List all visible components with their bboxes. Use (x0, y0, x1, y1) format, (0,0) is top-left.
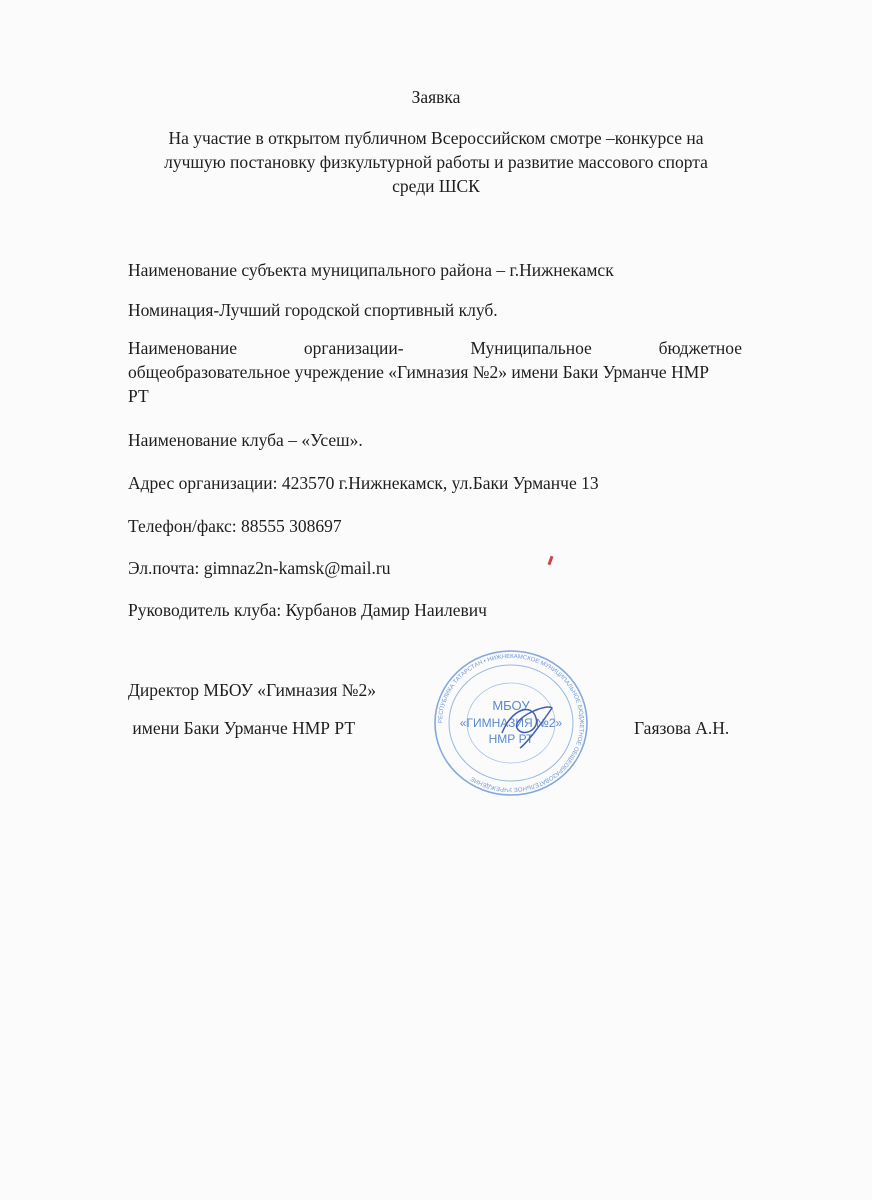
document-subtitle: На участие в открытом публичном Всеросси… (0, 126, 872, 198)
svg-text:МБОУ: МБОУ (492, 698, 530, 713)
signatory-name: Гаязова А.Н. (634, 718, 729, 739)
nomination-field: Номинация-Лучший городской спортивный кл… (128, 300, 498, 321)
subtitle-line: среди ШСК (0, 174, 872, 198)
document-page: Заявка На участие в открытом публичном В… (0, 0, 872, 1200)
organization-word: Муниципальное (470, 336, 591, 360)
official-stamp-icon: МБОУ «ГИМНАЗИЯ №2» НМР РТ РЕСПУБЛИКА ТАТ… (432, 648, 590, 798)
document-title: Заявка (0, 87, 872, 108)
municipality-field: Наименование субъекта муниципального рай… (128, 260, 614, 281)
subtitle-line: На участие в открытом публичном Всеросси… (0, 126, 872, 150)
organization-line: РТ (128, 384, 742, 408)
club-name-field: Наименование клуба – «Усеш». (128, 430, 363, 451)
svg-text:НМР РТ: НМР РТ (489, 732, 534, 746)
stray-mark (548, 556, 554, 565)
organization-field: Наименование организации- Муниципальное … (128, 336, 742, 408)
address-field: Адрес организации: 423570 г.Нижнекамск, … (128, 473, 599, 494)
email-field: Эл.почта: gimnaz2n-kamsk@mail.ru (128, 558, 390, 579)
organization-word: организации- (304, 336, 404, 360)
signatory-position: Директор МБОУ «Гимназия №2» (128, 680, 376, 701)
organization-line: общеобразовательное учреждение «Гимназия… (128, 360, 742, 384)
organization-word: Наименование (128, 336, 237, 360)
club-head-field: Руководитель клуба: Курбанов Дамир Наиле… (128, 600, 487, 621)
subtitle-line: лучшую постановку физкультурной работы и… (0, 150, 872, 174)
signatory-position-line2: имени Баки Урманче НМР РТ (128, 718, 355, 739)
phone-field: Телефон/факс: 88555 308697 (128, 516, 342, 537)
organization-word: бюджетное (659, 336, 742, 360)
